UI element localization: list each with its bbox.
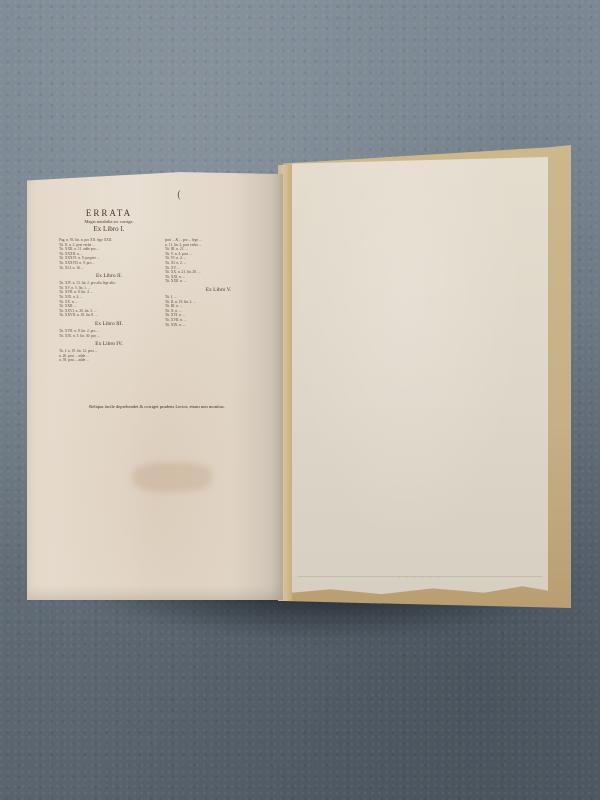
errata-line: Tit. XXVII. n. 18. lin. 8. ... (59, 313, 159, 318)
errata-title: ERRATA (59, 208, 159, 218)
errata-right-column: post ... & ... pro ... lege ... n. 11. l… (165, 238, 272, 363)
open-book: · · · · · · ( ERRATA Magis notabilia sic… (0, 0, 600, 800)
errata-footer: Reliqua facile deprehendet & corriget pr… (57, 404, 257, 409)
errata-page: ( ERRATA Magis notabilia sic corrige. Ex… (27, 172, 283, 600)
section-heading-book-1: Ex Libro I. (59, 225, 159, 233)
errata-block: ERRATA Magis notabilia sic corrige. Ex L… (59, 208, 279, 233)
errata-subtitle: Magis notabilia sic corrige. (59, 219, 159, 224)
section-heading-book-3: Ex Libro III. (59, 321, 159, 327)
section-heading-book-5: Ex Libro V. (165, 287, 272, 293)
water-stain (132, 462, 212, 492)
section-heading-book-2: Ex Libro II. (59, 273, 159, 279)
endpaper-stamp: · · · · · · (398, 575, 441, 580)
errata-line: Tit. XLI. n. 16. ... (59, 266, 159, 271)
errata-left-column: Pag. n. 93. lin. n. pro XII. lege XXII. … (59, 238, 159, 363)
errata-line: Tit. XIX. n. 5. lin. 30. pro ... (59, 334, 159, 339)
errata-line: n. 39. post ... adde ... (59, 358, 159, 363)
errata-line: Tit. XIX. n. ... (165, 323, 272, 328)
errata-columns: Pag. n. 93. lin. n. pro XII. lege XXII. … (59, 238, 272, 363)
section-heading-book-4: Ex Libro IV. (59, 341, 159, 347)
page-mark: ( (177, 190, 181, 201)
errata-line: Tit. XXII. n. ... (165, 279, 272, 284)
blank-endpaper (292, 157, 548, 595)
